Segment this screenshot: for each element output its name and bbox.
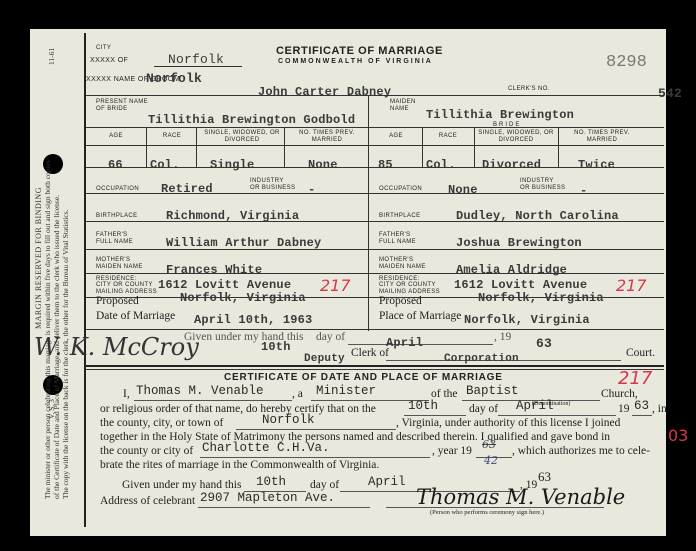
denomination: Baptist	[466, 384, 519, 398]
rule	[146, 127, 147, 167]
county-of-label: XXXXX OF	[90, 58, 128, 65]
court-text: Court.	[626, 347, 655, 359]
officiant-name: Thomas M. Venable	[136, 384, 264, 398]
bride-status-label: SINGLE, WIDOWED, OR DIVORCED	[474, 130, 558, 143]
ceremony-a-text: , a	[292, 388, 303, 400]
county-value: Norfolk	[168, 52, 224, 67]
groom-father-label: FATHER'SFULL NAME	[96, 232, 133, 245]
bride-residence-annotation: 217	[616, 276, 647, 295]
license-day-of-text: day of	[316, 331, 345, 343]
rule	[200, 457, 430, 458]
ceremony-given-month: April	[368, 475, 406, 489]
groom-times-married: None	[308, 158, 338, 172]
signature-line	[386, 507, 604, 508]
ceremony-year-prefix: 19	[618, 403, 630, 415]
rule	[198, 507, 370, 508]
bond-year-struck: 63	[482, 438, 496, 451]
groom-race: Col.	[150, 158, 180, 172]
certificate-title: CERTIFICATE OF MARRIAGE	[276, 45, 443, 57]
ceremony-in-text: , in	[652, 403, 667, 415]
license-year: 63	[536, 336, 552, 351]
place-of-marriage: Norfolk, Virginia	[464, 313, 590, 327]
ceremony-day: 10th	[408, 399, 438, 413]
groom-status: Single	[210, 158, 254, 172]
place-of-marriage-label: Place of Marriage	[379, 310, 461, 322]
rule	[86, 127, 664, 128]
ceremony-year: 63	[634, 399, 649, 413]
serial-number: 8298	[606, 53, 647, 72]
groom-occupation-label: OCCUPATION	[96, 186, 139, 193]
church-text: Church,	[601, 388, 638, 400]
groom-residence-annotation: 217	[320, 276, 351, 295]
celebrant-address: 2907 Mapleton Ave.	[200, 491, 335, 505]
rule	[86, 249, 664, 250]
certificate-form: CITY XXXXX OF Norfolk CERTIFICATE OF MAR…	[84, 33, 664, 527]
ceremony-side-annotation: 03	[668, 426, 688, 445]
certificate-subtitle: COMMONWEALTH OF VIRGINIA	[278, 58, 433, 65]
date-of-marriage-label: Date of Marriage	[96, 310, 175, 322]
groom-proposed-label: Proposed	[96, 295, 139, 307]
groom-industry: -	[308, 183, 315, 197]
present-name-label: PRESENT NAMEOF BRIDE	[96, 99, 148, 112]
bride-residence-line1: 1612 Lovitt Avenue	[454, 278, 587, 292]
groom-name: John Carter Dabney	[258, 85, 391, 99]
date-of-marriage: April 10th, 1963	[194, 313, 312, 327]
marriage-certificate-paper: 11-61 V. S. 3 MARGIN RESERVED FOR BINDIN…	[30, 29, 666, 536]
court-name: Corporation	[444, 353, 519, 365]
groom-age-label: AGE	[86, 133, 146, 140]
maiden-name-label: MAIDENNAME	[390, 99, 416, 112]
rule	[86, 167, 664, 168]
groom-race-label: RACE	[148, 133, 196, 140]
column-divider	[368, 95, 369, 331]
overtyped-county: Norfolk	[146, 71, 202, 86]
license-day: 10th	[261, 340, 291, 354]
form-code: 11-61	[48, 48, 57, 65]
address-label: Address of celebrant	[100, 495, 195, 507]
binding-margin: 11-61 V. S. 3 MARGIN RESERVED FOR BINDIN…	[30, 29, 84, 536]
groom-mother-label: MOTHER'SMAIDEN NAME	[96, 257, 143, 270]
bride-occupation: None	[448, 183, 478, 197]
bride-father: Joshua Brewington	[456, 236, 582, 250]
rule	[86, 145, 664, 146]
bond-year: 42	[484, 454, 498, 467]
bride-occupation-label: OCCUPATION	[379, 186, 422, 193]
bride-status: Divorced	[482, 158, 541, 172]
ceremony-line-3: the county, city, or town of	[100, 417, 223, 429]
groom-residence-label: RESIDENCE:CITY OR COUNTYMAILING ADDRESS	[96, 276, 157, 295]
present-name-of-bride: Tillithia Brewington Godbold	[148, 113, 355, 127]
rule	[86, 95, 664, 96]
bride-times-label: NO. TIMES PREV. MARRIED	[558, 130, 646, 143]
groom-residence-line2: Norfolk, Virginia	[180, 291, 306, 305]
ceremony-line-5: the county or city of	[100, 445, 193, 457]
rule	[86, 193, 664, 194]
ceremony-title: CERTIFICATE OF DATE AND PLACE OF MARRIAG…	[224, 372, 503, 383]
clerk-of-text: Clerk of	[351, 347, 389, 359]
bride-age-label: AGE	[370, 133, 422, 140]
section-rule	[86, 365, 664, 367]
groom-father: William Arthur Dabney	[166, 236, 321, 250]
deputy-label: Deputy	[304, 353, 345, 365]
ceremony-given-year: 63	[538, 469, 551, 485]
groom-mother: Frances White	[166, 263, 262, 277]
bride-age: 85	[378, 158, 393, 172]
bride-maiden-name: Tillithia Brewington	[426, 108, 574, 122]
groom-birthplace-label: BIRTHPLACE	[96, 213, 138, 220]
clerk-signature: W. K. McCroy	[34, 333, 199, 361]
groom-residence-line1: 1612 Lovitt Avenue	[158, 278, 291, 292]
bride-race: Col.	[426, 158, 456, 172]
ceremony-given-day: 10th	[256, 475, 286, 489]
rule	[236, 429, 396, 430]
bride-industry: -	[580, 184, 587, 198]
bride-race-label: RACE	[422, 133, 474, 140]
rule	[558, 127, 559, 167]
bride-birthplace-label: BIRTHPLACE	[379, 213, 421, 220]
county-underline	[154, 66, 242, 67]
clerks-no: 542	[658, 86, 682, 101]
rule	[474, 127, 475, 167]
bride-proposed-label: Proposed	[379, 295, 422, 307]
section-rule	[86, 369, 664, 370]
rule	[284, 127, 285, 167]
clerks-no-label: CLERK'S NO.	[508, 86, 550, 93]
license-year-prefix: , 19	[494, 331, 511, 343]
officiant-title: Minister	[316, 384, 376, 398]
officiant-signature: Thomas M. Venable	[416, 485, 625, 509]
rule	[498, 415, 616, 416]
rule	[632, 415, 652, 416]
ceremony-annotation: 217	[618, 368, 652, 389]
ceremony-day-of-text: day of	[469, 403, 498, 415]
groom-status-label: SINGLE, WIDOWED, OR DIVORCED	[198, 130, 286, 143]
bride-times-married: Twice	[578, 158, 615, 172]
license-month: April	[386, 336, 423, 350]
groom-age: 66	[108, 158, 123, 172]
bond-place: Charlotte C.H.Va.	[202, 441, 330, 455]
ceremony-given-day-of: day of	[310, 479, 339, 491]
ceremony-line-3-rest: , Virginia, under authority of this lice…	[396, 417, 620, 429]
rule	[86, 329, 664, 330]
bond-year-text: , year 19	[432, 445, 472, 457]
ceremony-line-2: or religious order of that name, do here…	[100, 403, 376, 415]
rule	[86, 273, 664, 274]
bride-industry-label: INDUSTRYOR BUSINESS	[520, 178, 565, 191]
rule	[422, 127, 423, 167]
ceremony-line-5-rest: , which authorizes me to cele-	[512, 445, 650, 457]
ceremony-i-text: I,	[123, 388, 130, 400]
bride-father-label: FATHER'SFULL NAME	[379, 232, 416, 245]
city-label: CITY	[96, 45, 111, 52]
groom-industry-label: INDUSTRYOR BUSINESS	[250, 178, 295, 191]
ceremony-given-text: Given under my hand this	[122, 479, 241, 491]
ceremony-place: Norfolk	[262, 413, 315, 427]
rule	[404, 415, 466, 416]
bride-residence-line2: Norfolk, Virginia	[478, 291, 604, 305]
rule	[86, 221, 664, 222]
rule	[134, 400, 292, 401]
rule	[196, 127, 197, 167]
ceremony-month: April	[516, 399, 554, 413]
ceremony-line-4: together in the Holy State of Matrimony …	[100, 431, 610, 443]
signature-hint: (Person who performs ceremony sign here.…	[430, 509, 544, 516]
bride-mother-label: MOTHER'SMAIDEN NAME	[379, 257, 426, 270]
ceremony-line-6: brate the rites of marriage in the Commo…	[100, 459, 379, 471]
bride-mother: Amelia Aldridge	[456, 263, 567, 277]
groom-times-label: NO. TIMES PREV. MARRIED	[286, 130, 368, 143]
bride-residence-label: RESIDENCE:CITY OR COUNTYMAILING ADDRESS	[379, 276, 440, 295]
